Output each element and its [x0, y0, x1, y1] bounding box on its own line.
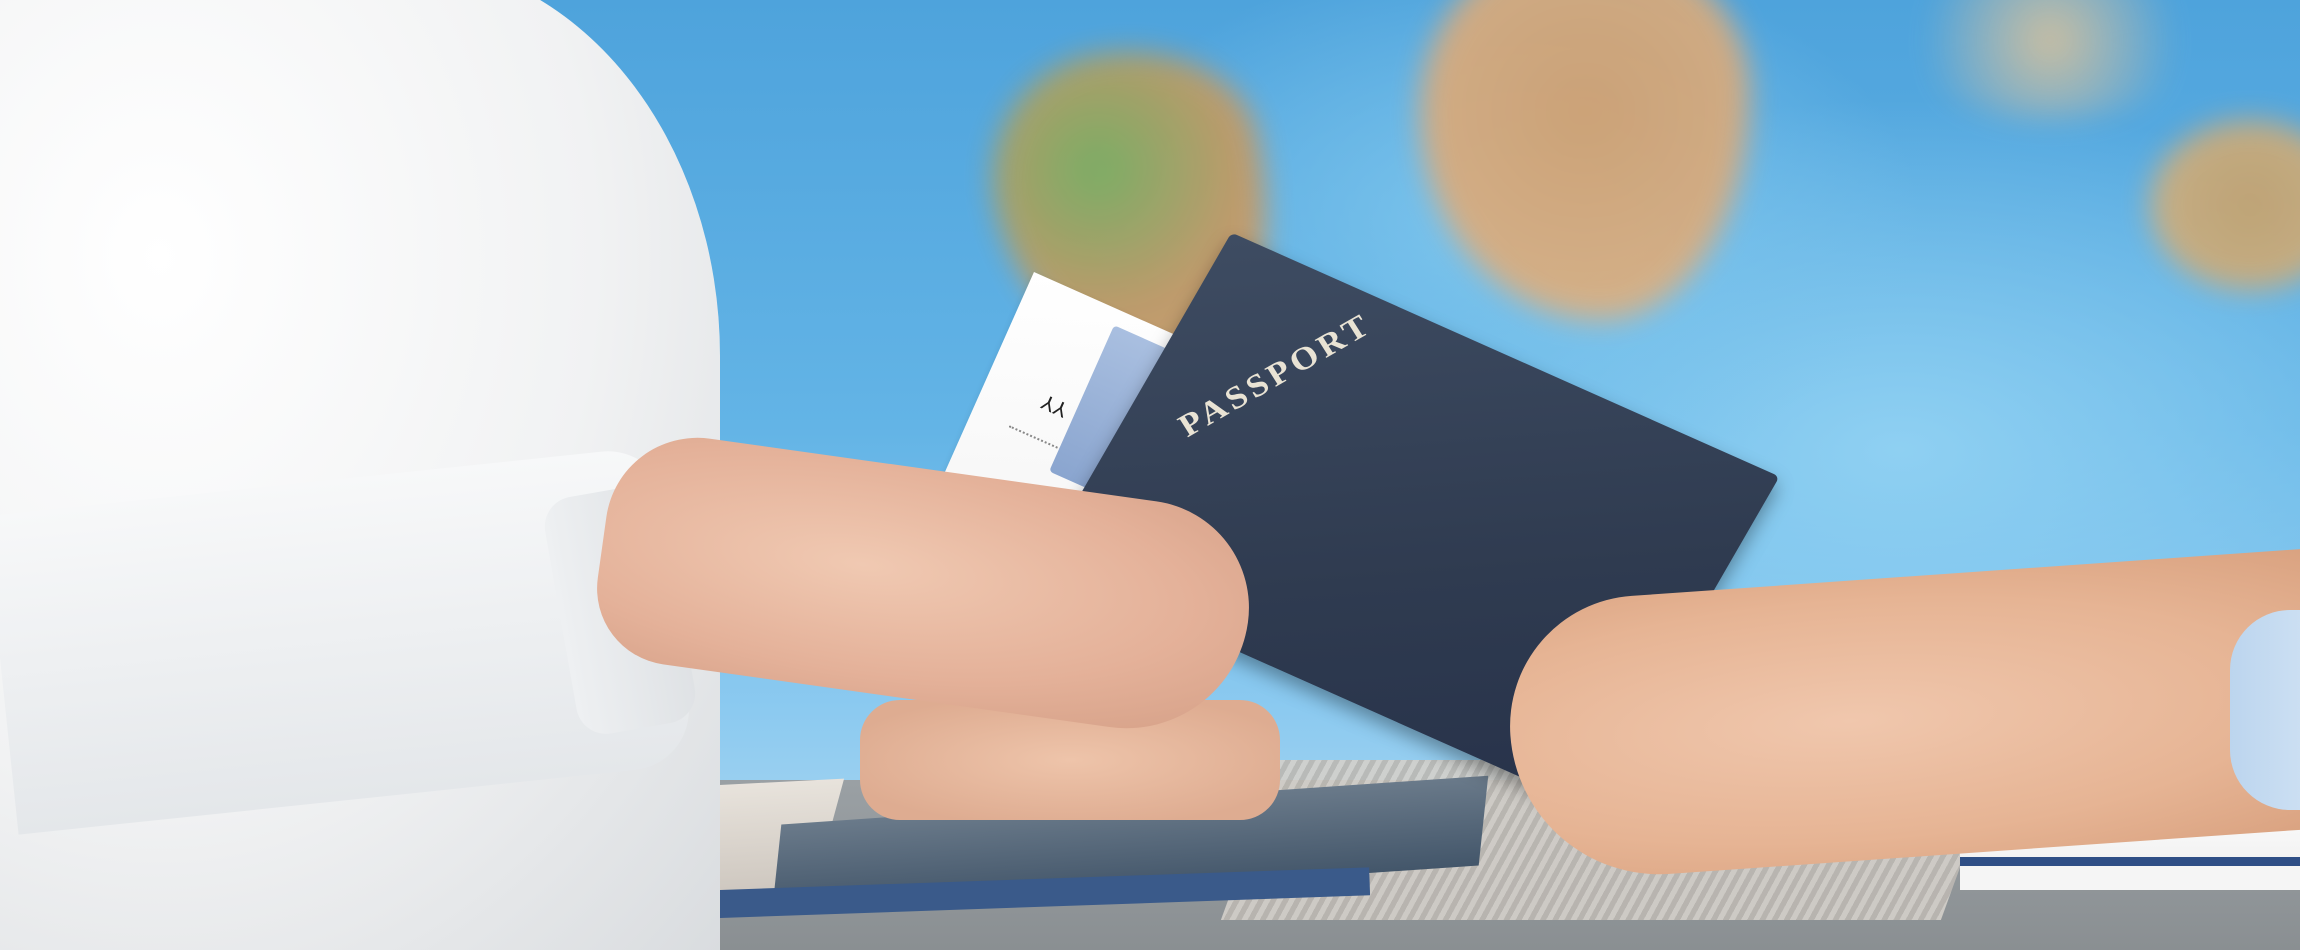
customer-hand: [1501, 546, 2300, 885]
photo-scene: 082 XXX ✈ YY PASSPORT: [0, 0, 2300, 950]
passport-cover-text: PASSPORT: [1172, 307, 1379, 445]
customer-sleeve: [2230, 610, 2300, 810]
